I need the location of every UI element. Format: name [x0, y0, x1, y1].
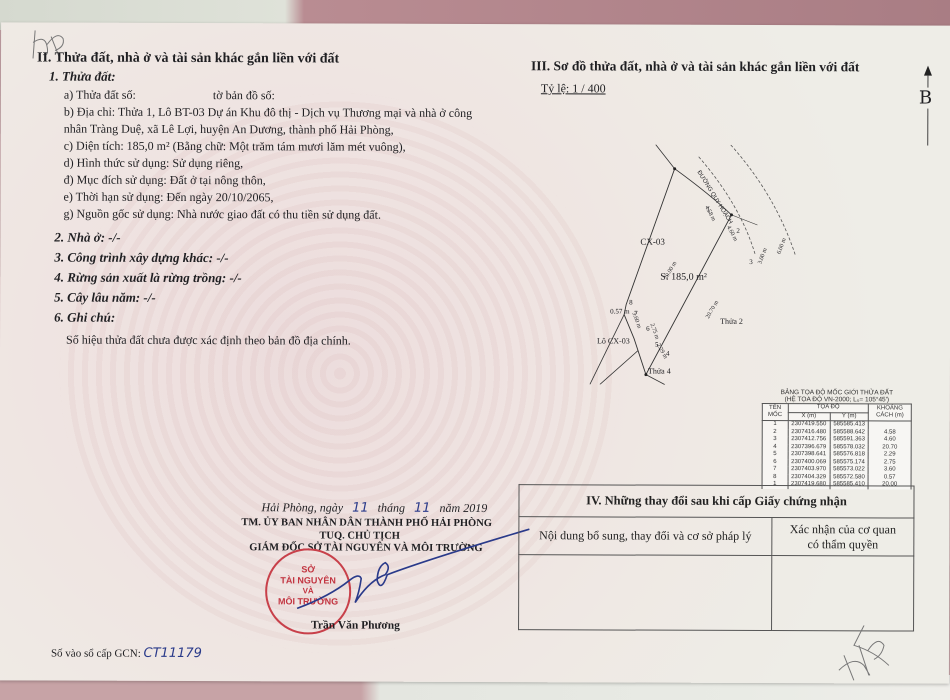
coordinate-cell-dist: 20.70 — [868, 444, 911, 452]
authority-confirmation-cell — [772, 556, 914, 631]
authority-line-1: Xác nhận của cơ quan — [773, 522, 912, 537]
coordinate-cell-x: 2307416.480 — [788, 429, 830, 437]
section-II: II. Thửa đất, nhà ở và tài sản khác gắn … — [37, 50, 507, 52]
coordinate-cell-x: 2307404.329 — [788, 474, 830, 482]
coordinate-cell-y: 585572.580 — [830, 474, 869, 482]
coordinate-cell-y: 585573.022 — [830, 466, 869, 474]
coordinate-cell-dist: 3.60 — [868, 466, 911, 474]
point-3: 3 — [749, 258, 753, 266]
coordinate-cell-dist: 4.58 — [868, 429, 911, 437]
coordinate-cell-y: 585578.032 — [830, 444, 869, 452]
origin-line: g) Nguồn gốc sử dụng: Nhà nước giao đất … — [63, 206, 381, 224]
production-forest-item: 4. Rừng sản xuất là rừng trồng: -/- — [54, 270, 242, 287]
usage-form-line: d) Hình thức sử dụng: Sử dụng riêng, — [64, 155, 244, 173]
certificate-page: II. Thửa đất, nhà ở và tài sản khác gắn … — [0, 22, 950, 683]
parcel-number-label: a) Thửa đất số: — [64, 87, 136, 104]
coordinate-table-subtitle: (HỆ TỌA ĐỘ VN-2000; L₀= 105°45') — [762, 396, 912, 404]
coordinate-cell-name: 2 — [762, 429, 788, 437]
date-month: 11 — [408, 501, 437, 516]
coordinate-cell-dist: 2.75 — [868, 459, 911, 467]
coordinate-cell-name: 8 — [762, 474, 788, 482]
col-point-name: TÊN MỐC — [762, 404, 788, 421]
coordinate-cell-name: 6 — [762, 459, 788, 467]
coordinate-cell-y: 585591.363 — [830, 436, 869, 444]
notes-text: Số hiệu thửa đất chưa được xác định theo… — [66, 332, 351, 350]
col-coordinates: TỌA ĐỘ — [788, 404, 869, 413]
registry-row: Số vào sổ cấp GCN: CT11179 — [51, 646, 202, 662]
section-III-title: III. Sơ đồ thửa đất, nhà ở và tài sản kh… — [531, 58, 859, 75]
point-4: 4 — [666, 350, 670, 358]
north-label: B — [917, 88, 934, 109]
other-construction-item: 3. Công trình xây dựng khác: -/- — [54, 250, 228, 267]
coordinate-cell-x: 2307412.756 — [788, 436, 830, 444]
point-8: 8 — [629, 299, 633, 307]
coordinate-cell-dist: 2.29 — [868, 451, 911, 459]
changes-table: IV. Những thay đổi sau khi cấp Giấy chứn… — [518, 484, 915, 631]
signing-date: Hải Phòng, ngày 11 tháng 11 năm 2019 — [261, 500, 487, 516]
coordinate-cell-y: 585588.642 — [830, 429, 869, 437]
coordinate-cell-name: 5 — [762, 451, 788, 459]
coordinate-cell-x: 2307396.679 — [788, 444, 830, 452]
perennial-trees-item: 5. Cây lâu năm: -/- — [54, 290, 156, 306]
coordinate-cell-x: 2307398.641 — [788, 451, 830, 459]
map-sheet-label: tờ bản đồ số: — [213, 87, 275, 104]
neighbor-thua-2: Thửa 2 — [720, 317, 743, 326]
neighbor-thua-4: Thửa 4 — [648, 367, 671, 376]
coordinate-cell-y: 585575.174 — [830, 459, 869, 467]
date-day: 11 — [346, 501, 375, 516]
section-II-title: II. Thửa đất, nhà ở và tài sản khác gắn … — [37, 50, 339, 67]
neighbor-cx03: CX-03 — [640, 237, 665, 247]
coordinate-cell-name: 4 — [762, 444, 788, 452]
authority-line-2: có thẩm quyền — [773, 537, 912, 552]
coordinate-table-block: BẢNG TỌA ĐỘ MỐC GIỚI THỬA ĐẤT (HỆ TỌA ĐỘ… — [762, 389, 912, 489]
point-6: 6 — [646, 325, 650, 333]
coordinate-cell-name: 1 — [762, 421, 788, 429]
col-distance: KHOẢNG CÁCH (m) — [869, 404, 912, 421]
usage-term-line: e) Thời hạn sử dụng: Đến ngày 20/10/2065… — [64, 189, 274, 207]
year-label: năm 2019 — [440, 501, 488, 515]
registry-label: Số vào sổ cấp GCN: — [51, 648, 141, 660]
coordinate-cell-dist: 4.60 — [868, 436, 911, 444]
address-line-1: b) Địa chỉ: Thửa 1, Lô BT-03 Dự án Khu đ… — [64, 104, 472, 122]
point-5: 5 — [655, 341, 659, 349]
house-item: 2. Nhà ở: -/- — [54, 230, 120, 246]
signer-name: Trần Văn Phương — [311, 619, 400, 631]
edge-length-8-7: 0.57 m — [610, 307, 629, 315]
col-change-content: Nội dung bổ sung, thay đổi và cơ sở pháp… — [519, 517, 772, 556]
point-7: 7 — [634, 310, 638, 318]
point-1: 1 — [706, 206, 710, 214]
point-2: 2 — [736, 227, 740, 235]
coordinate-cell-x: 2307400.069 — [788, 459, 830, 467]
land-heading: 1. Thửa đất: — [49, 69, 116, 85]
section-IV-title: IV. Những thay đổi sau khi cấp Giấy chứn… — [519, 485, 914, 518]
neighbor-lo-cx03: Lô CX-03 — [597, 336, 630, 345]
coordinate-cell-x: 2307403.970 — [788, 466, 830, 474]
coordinate-cell-name: 7 — [762, 466, 788, 474]
col-authority-confirmation: Xác nhận của cơ quan có thẩm quyền — [772, 518, 914, 556]
date-prefix: Hải Phòng, ngày — [261, 500, 343, 514]
area-line: c) Diện tích: 185,0 m² (Bằng chữ: Một tr… — [64, 138, 406, 156]
col-y: Y (m) — [830, 412, 869, 421]
coordinate-table: TÊN MỐC TỌA ĐỘ KHOẢNG CÁCH (m) X (m) Y (… — [762, 403, 912, 489]
coordinate-cell-name: 3 — [762, 436, 788, 444]
notes-item: 6. Ghi chú: — [54, 310, 115, 326]
change-content-cell — [519, 555, 772, 631]
usage-purpose-line: đ) Mục đích sử dụng: Đất ở tại nông thôn… — [64, 172, 266, 190]
col-x: X (m) — [788, 412, 830, 421]
coordinate-cell-y: 585585.413 — [830, 421, 869, 429]
coordinate-cell-dist: 0.57 — [868, 474, 911, 482]
coordinate-cell-dist — [869, 421, 912, 429]
coordinate-cell-y: 585576.818 — [830, 451, 869, 459]
scale-label: Tỷ lệ: 1 / 400 — [541, 80, 606, 97]
parcel-sketch — [560, 144, 821, 385]
registry-number: CT11179 — [144, 646, 202, 661]
coordinate-cell-x: 2307419.550 — [788, 421, 830, 429]
month-label: tháng — [378, 501, 405, 515]
address-line-2: nhân Tràng Duệ, xã Lê Lợi, huyện An Dươn… — [64, 121, 394, 139]
initial-signature-bottom-right — [834, 625, 894, 685]
